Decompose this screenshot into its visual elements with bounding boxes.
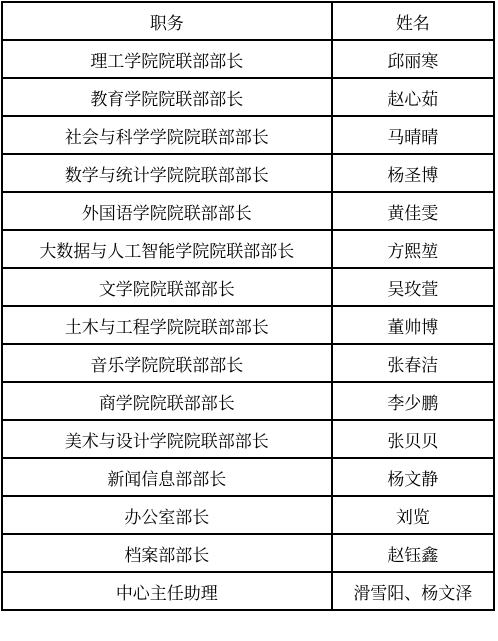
position-cell: 办公室部长: [2, 496, 332, 534]
position-cell: 理工学院院联部部长: [2, 40, 332, 78]
table-row: 办公室部长刘览: [2, 496, 494, 534]
table-row: 数学与统计学院院联部部长杨圣博: [2, 154, 494, 192]
table-row: 外国语学院院联部部长黄佳雯: [2, 192, 494, 230]
position-cell: 外国语学院院联部部长: [2, 192, 332, 230]
position-cell: 新闻信息部部长: [2, 458, 332, 496]
header-cell-position: 职务: [2, 2, 332, 40]
table-row: 音乐学院院联部部长张春洁: [2, 344, 494, 382]
table-row: 理工学院院联部部长邱丽寒: [2, 40, 494, 78]
table-header: 职务 姓名: [2, 2, 494, 40]
header-row: 职务 姓名: [2, 2, 494, 40]
name-cell: 滑雪阳、杨文泽: [332, 572, 494, 610]
table-row: 土木与工程学院院联部部长董帅博: [2, 306, 494, 344]
table-row: 教育学院院联部部长赵心茹: [2, 78, 494, 116]
name-cell: 杨圣博: [332, 154, 494, 192]
header-cell-name: 姓名: [332, 2, 494, 40]
name-cell: 张春洁: [332, 344, 494, 382]
table-row: 文学院院联部部长吴玫萱: [2, 268, 494, 306]
position-cell: 社会与科学学院院联部部长: [2, 116, 332, 154]
position-cell: 商学院院联部部长: [2, 382, 332, 420]
name-cell: 董帅博: [332, 306, 494, 344]
table-row: 大数据与人工智能学院院联部部长方熙堃: [2, 230, 494, 268]
position-cell: 中心主任助理: [2, 572, 332, 610]
document-page: 职务 姓名 理工学院院联部部长邱丽寒教育学院院联部部长赵心茹社会与科学学院院联部…: [0, 0, 498, 641]
table-row: 档案部部长赵钰鑫: [2, 534, 494, 572]
name-cell: 刘览: [332, 496, 494, 534]
table-body: 理工学院院联部部长邱丽寒教育学院院联部部长赵心茹社会与科学学院院联部部长马晴晴数…: [2, 40, 494, 610]
position-cell: 土木与工程学院院联部部长: [2, 306, 332, 344]
position-cell: 教育学院院联部部长: [2, 78, 332, 116]
table-row: 中心主任助理滑雪阳、杨文泽: [2, 572, 494, 610]
position-cell: 音乐学院院联部部长: [2, 344, 332, 382]
name-cell: 杨文静: [332, 458, 494, 496]
name-cell: 方熙堃: [332, 230, 494, 268]
name-cell: 吴玫萱: [332, 268, 494, 306]
table-row: 美术与设计学院院联部部长张贝贝: [2, 420, 494, 458]
table-row: 新闻信息部部长杨文静: [2, 458, 494, 496]
name-cell: 黄佳雯: [332, 192, 494, 230]
roster-table: 职务 姓名 理工学院院联部部长邱丽寒教育学院院联部部长赵心茹社会与科学学院院联部…: [1, 1, 495, 611]
position-cell: 美术与设计学院院联部部长: [2, 420, 332, 458]
name-cell: 赵心茹: [332, 78, 494, 116]
position-cell: 数学与统计学院院联部部长: [2, 154, 332, 192]
name-cell: 邱丽寒: [332, 40, 494, 78]
name-cell: 张贝贝: [332, 420, 494, 458]
name-cell: 马晴晴: [332, 116, 494, 154]
position-cell: 大数据与人工智能学院院联部部长: [2, 230, 332, 268]
position-cell: 档案部部长: [2, 534, 332, 572]
name-cell: 赵钰鑫: [332, 534, 494, 572]
position-cell: 文学院院联部部长: [2, 268, 332, 306]
name-cell: 李少鹏: [332, 382, 494, 420]
table-row: 商学院院联部部长李少鹏: [2, 382, 494, 420]
table-row: 社会与科学学院院联部部长马晴晴: [2, 116, 494, 154]
